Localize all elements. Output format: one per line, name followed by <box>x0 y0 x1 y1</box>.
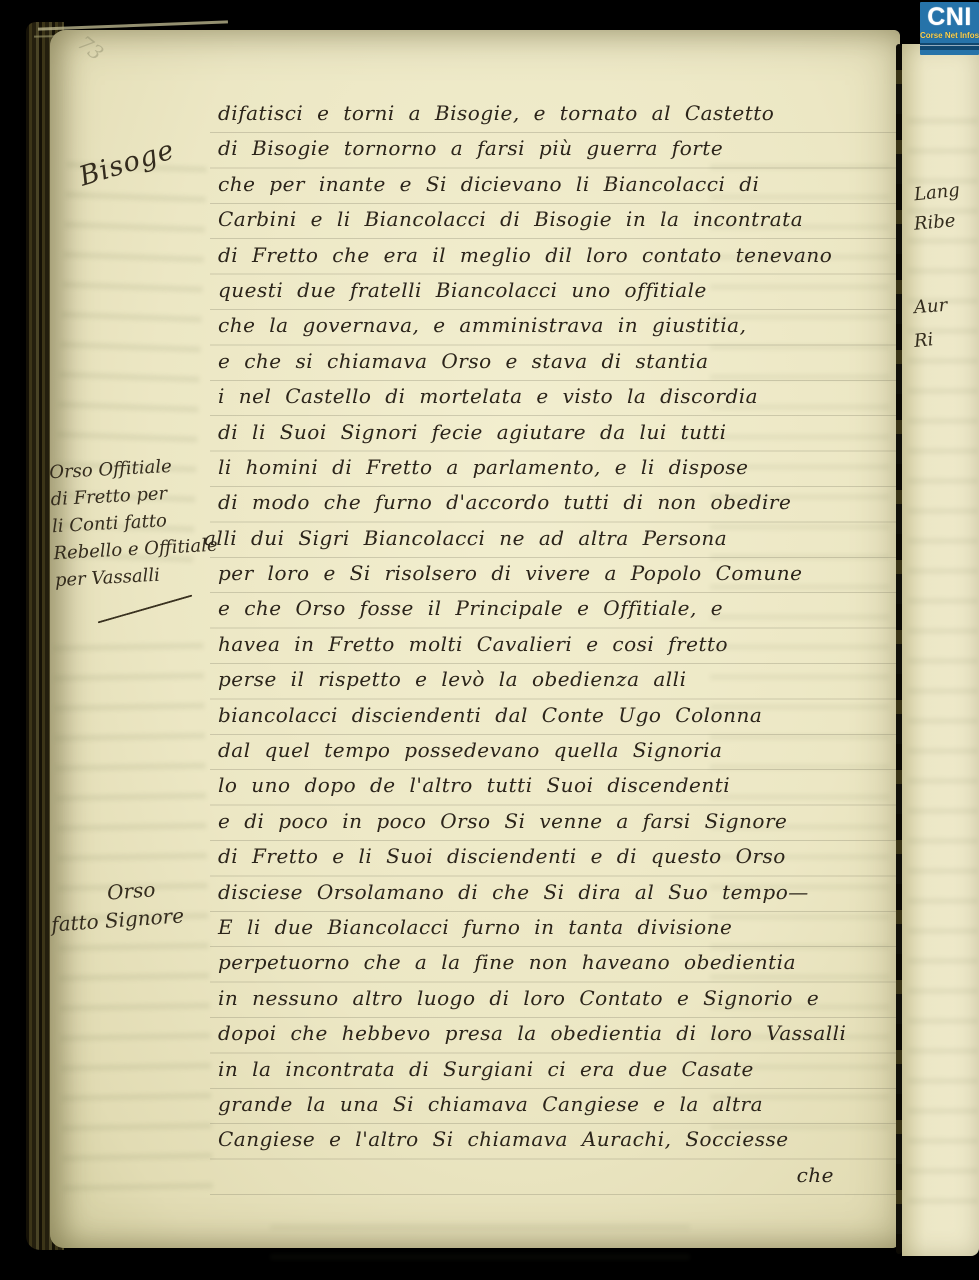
manuscript-line: dopoi che hebbevo presa la obedientia di… <box>218 1016 900 1051</box>
manuscript-line: che <box>218 1158 900 1193</box>
manuscript-line: li homini di Fretto a parlamento, e li d… <box>218 450 900 485</box>
facing-page-strip: Lang Ribe Aur Ri <box>902 44 979 1256</box>
logo-tagline-strip <box>920 43 979 50</box>
manuscript-line: E li due Biancolacci furno in tanta divi… <box>218 910 900 945</box>
manuscript-line: di Fretto che era il meglio dil loro con… <box>218 238 900 273</box>
manuscript-line: havea in Fretto molti Cavalieri e cosi f… <box>218 627 900 662</box>
manuscript-line: che la governava, e amministrava in gius… <box>218 308 900 343</box>
manuscript-line: alli dui Sigri Biancolacci ne ad altra P… <box>204 521 900 556</box>
facing-margin-fragment: Ri <box>913 329 934 352</box>
manuscript-line: di Fretto e li Suoi disciendenti e di qu… <box>218 839 900 874</box>
manuscript-line: di Bisogie tornorno a farsi più guerra f… <box>218 131 900 166</box>
ink-bleed-smudge <box>270 1210 690 1270</box>
manuscript-line: biancolacci disciendenti dal Conte Ugo C… <box>218 698 900 733</box>
scanned-manuscript-photo: 73 Bisoge Orso Offitialedi Fretto perli … <box>0 0 979 1280</box>
manuscript-line: difatisci e torni a Bisogie, e tornato a… <box>218 96 900 131</box>
manuscript-line: Carbini e li Biancolacci di Bisogie in l… <box>218 202 900 237</box>
logo-subtitle: Corse Net Infos <box>920 31 979 41</box>
logo-abbr: CNI <box>927 3 972 31</box>
manuscript-line: perpetuorno che a la fine non haveano ob… <box>218 945 900 980</box>
manuscript-page: 73 Bisoge Orso Offitialedi Fretto perli … <box>50 30 900 1248</box>
manuscript-line: disciese Orsolamano di che Si dira al Su… <box>218 875 900 910</box>
manuscript-line: in nessuno altro luogo di loro Contato e… <box>218 981 900 1016</box>
manuscript-line: di modo che furno d'accordo tutti di non… <box>218 485 900 520</box>
manuscript-line: e di poco in poco Orso Si venne a farsi … <box>218 804 900 839</box>
faint-page-number: 73 <box>73 31 108 66</box>
manuscript-line: grande la una Si chiamava Cangiese e la … <box>218 1087 900 1122</box>
facing-margin-fragment: Lang <box>913 180 961 206</box>
manuscript-line: e che si chiamava Orso e stava di stanti… <box>218 344 900 379</box>
manuscript-line: Cangiese e l'altro Si chiamava Aurachi, … <box>218 1122 900 1157</box>
facing-margin-fragment: Aur <box>913 295 948 318</box>
manuscript-line: dal quel tempo possedevano quella Signor… <box>218 733 900 768</box>
margin-note-bisoge: Bisoge <box>76 134 179 192</box>
manuscript-line: in la incontrata di Surgiani ci era due … <box>218 1052 900 1087</box>
manuscript-line: che per inante e Si dicievano li Biancol… <box>218 167 900 202</box>
manuscript-text: difatisci e torni a Bisogie, e tornato a… <box>218 96 900 1193</box>
pen-stroke-mark <box>98 595 193 624</box>
manuscript-line: di li Suoi Signori fecie agiutare da lui… <box>218 415 900 450</box>
manuscript-line: questi due fratelli Biancolacci uno offi… <box>218 273 900 308</box>
facing-margin-fragment: Ribe <box>913 210 956 235</box>
margin-note-orso-signore: Orsofatto Signore <box>48 869 241 938</box>
manuscript-line: i nel Castello di mortelata e visto la d… <box>218 379 900 414</box>
cni-watermark-logo: CNI Corse Net Infos <box>920 2 979 55</box>
manuscript-line: per loro e Si risolsero di vivere a Popo… <box>218 556 900 591</box>
manuscript-line: lo uno dopo de l'altro tutti Suoi discen… <box>218 768 900 803</box>
manuscript-line: perse il rispetto e levò la obedienza al… <box>218 662 900 697</box>
manuscript-line: e che Orso fosse il Principale e Offitia… <box>218 591 900 626</box>
ink-bleed-smudge <box>908 104 978 1204</box>
